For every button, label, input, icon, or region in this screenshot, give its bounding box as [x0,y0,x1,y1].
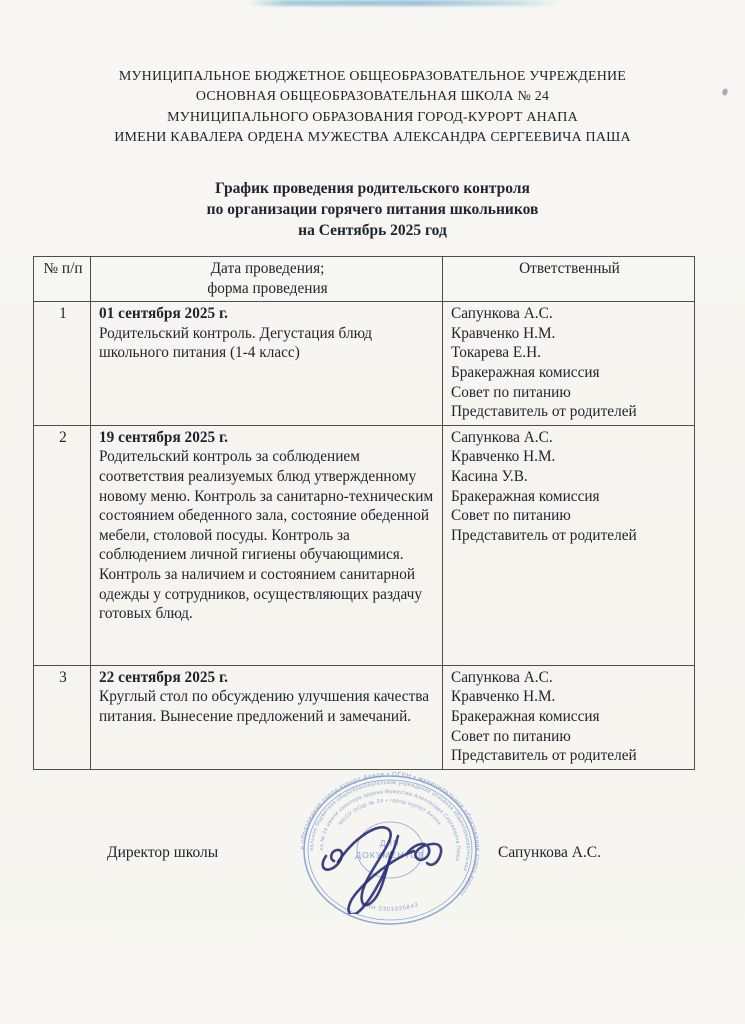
document-title: График проведения родительского контроля… [20,178,725,241]
scan-artifact-strip [248,0,564,6]
responsible-line: Совет по питанию [451,727,688,747]
org-header: МУНИЦИПАЛЬНОЕ БЮДЖЕТНОЕ ОБЩЕОБРАЗОВАТЕЛЬ… [20,67,725,149]
date-and-form-cell: 22 сентября 2025 г. Круглый стол по обсу… [91,665,443,769]
responsible-line: Совет по питанию [451,383,688,403]
responsible-line: Кравченко Н.М. [451,447,688,467]
director-label: Директор школы [107,844,218,862]
responsible-line: Сапункова А.С. [451,668,688,688]
responsible-cell: Сапункова А.С.Кравченко Н.М.Бракеражная … [443,665,695,769]
responsible-line: Бракеражная комиссия [451,487,688,507]
signature-stroke [349,836,414,914]
responsible-line: Кравченко Н.М. [451,687,688,707]
responsible-line: Бракеражная комиссия [451,707,688,727]
org-header-line: ИМЕНИ КАВАЛЕРА ОРДЕНА МУЖЕСТВА АЛЕКСАНДР… [20,128,725,148]
table-row: 3 22 сентября 2025 г. Круглый стол по об… [34,665,695,769]
event-date: 01 сентября 2025 г. [99,304,436,324]
responsible-line: Бракеражная комиссия [451,363,688,383]
signature-stroke [408,844,441,865]
row-number-cell: 2 [34,425,91,665]
date-and-form-cell: 19 сентября 2025 г. Родительский контрол… [91,425,443,665]
schedule-table: № п/п Дата проведения; форма проведения … [33,256,695,770]
event-description: Родительский контроль. Дегустация блюд ш… [99,324,436,363]
event-description: Круглый стол по обсуждению улучшения кач… [99,687,436,726]
responsible-line: Токарева Е.Н. [451,343,688,363]
event-date: 22 сентября 2025 г. [99,668,436,688]
responsible-cell: Сапункова А.С.Кравченко Н.М.Касина У.В.Б… [443,425,695,665]
row-number-cell: 3 [34,665,91,769]
responsible-line: Кравченко Н.М. [451,324,688,344]
column-header-date-form: Дата проведения; форма проведения [91,257,443,302]
scanned-document-page: МУНИЦИПАЛЬНОЕ БЮДЖЕТНОЕ ОБЩЕОБРАЗОВАТЕЛЬ… [0,0,745,1024]
responsible-line: Представитель от родителей [451,402,688,422]
table-row: 2 19 сентября 2025 г. Родительский контр… [34,425,695,665]
document-title-line: по организации горячего питания школьник… [20,199,725,220]
responsible-line: Представитель от родителей [451,526,688,546]
responsible-line: Касина У.В. [451,467,688,487]
column-header-responsible: Ответственный [443,257,695,302]
responsible-line: Сапункова А.С. [451,428,688,448]
responsible-line: Совет по питанию [451,506,688,526]
event-description: Родительский контроль за соблюдением соо… [99,447,436,623]
responsible-cell: Сапункова А.С.Кравченко Н.М.Токарева Е.Н… [443,302,695,426]
org-header-line: МУНИЦИПАЛЬНОЕ БЮДЖЕТНОЕ ОБЩЕОБРАЗОВАТЕЛЬ… [20,67,725,87]
org-header-line: МУНИЦИПАЛЬНОГО ОБРАЗОВАНИЯ ГОРОД-КУРОРТ … [20,108,725,128]
event-date: 19 сентября 2025 г. [99,428,436,448]
document-title-line: График проведения родительского контроля [20,178,725,199]
column-header-number: № п/п [34,257,91,302]
responsible-line: Представитель от родителей [451,746,688,766]
date-and-form-cell: 01 сентября 2025 г. Родительский контрол… [91,302,443,426]
org-header-line: ОСНОВНАЯ ОБЩЕОБРАЗОВАТЕЛЬНАЯ ШКОЛА № 24 [20,87,725,107]
director-name: Сапункова А.С. [498,844,601,862]
director-signature [312,802,462,914]
table-row: 1 01 сентября 2025 г. Родительский контр… [34,302,695,426]
table-header-row: № п/п Дата проведения; форма проведения … [34,257,695,302]
row-number-cell: 1 [34,302,91,426]
responsible-line: Сапункова А.С. [451,304,688,324]
document-title-line: на Сентябрь 2025 год [20,220,725,241]
